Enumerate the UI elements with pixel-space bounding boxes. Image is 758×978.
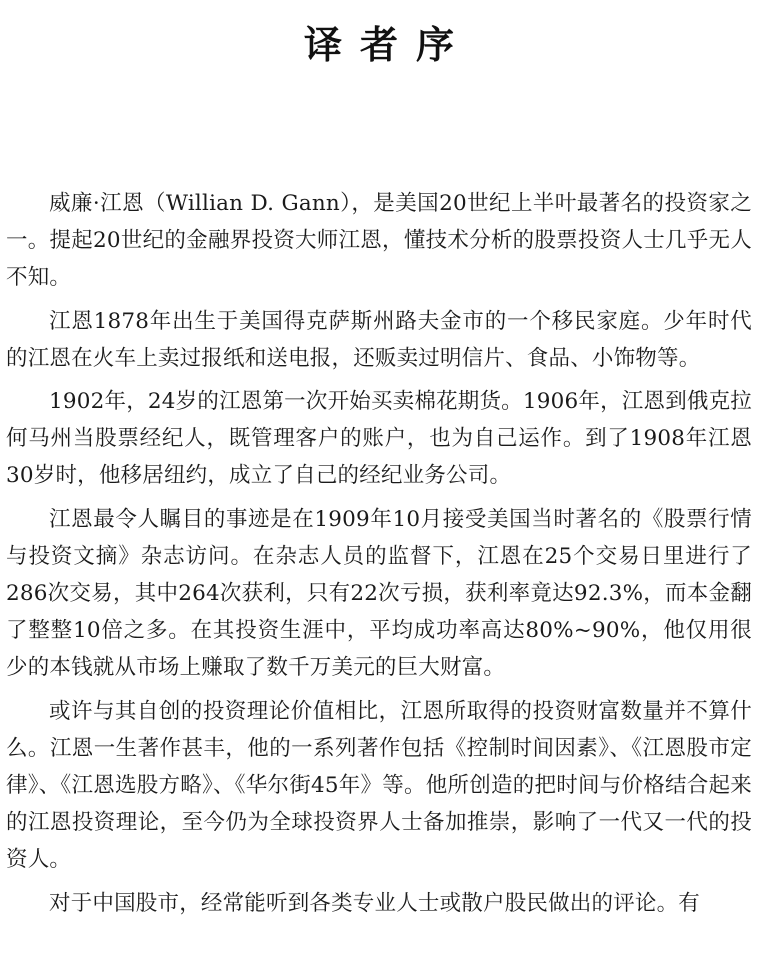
paragraph-theory-works: 或许与其自创的投资理论价值相比，江恩所取得的投资财富数量并不算什么。江恩一生著作…: [6, 693, 752, 879]
paragraph-intro: 威廉·江恩（Willian D. Gann），是美国20世纪上半叶最著名的投资家…: [6, 185, 752, 297]
paragraph-1909-interview: 江恩最令人瞩目的事迹是在1909年10月接受美国当时著名的《股票行情与投资文摘》…: [6, 501, 752, 687]
page-title: 译者序: [0, 14, 758, 69]
document-body: 威廉·江恩（Willian D. Gann），是美国20世纪上半叶最著名的投资家…: [6, 185, 752, 922]
paragraph-career-start: 1902年，24岁的江恩第一次开始买卖棉花期货。1906年，江恩到俄克拉何马州当…: [6, 383, 752, 495]
paragraph-china-market: 对于中国股市，经常能听到各类专业人士或散户股民做出的评论。有: [6, 885, 752, 922]
paragraph-early-life: 江恩1878年出生于美国得克萨斯州路夫金市的一个移民家庭。少年时代的江恩在火车上…: [6, 303, 752, 377]
